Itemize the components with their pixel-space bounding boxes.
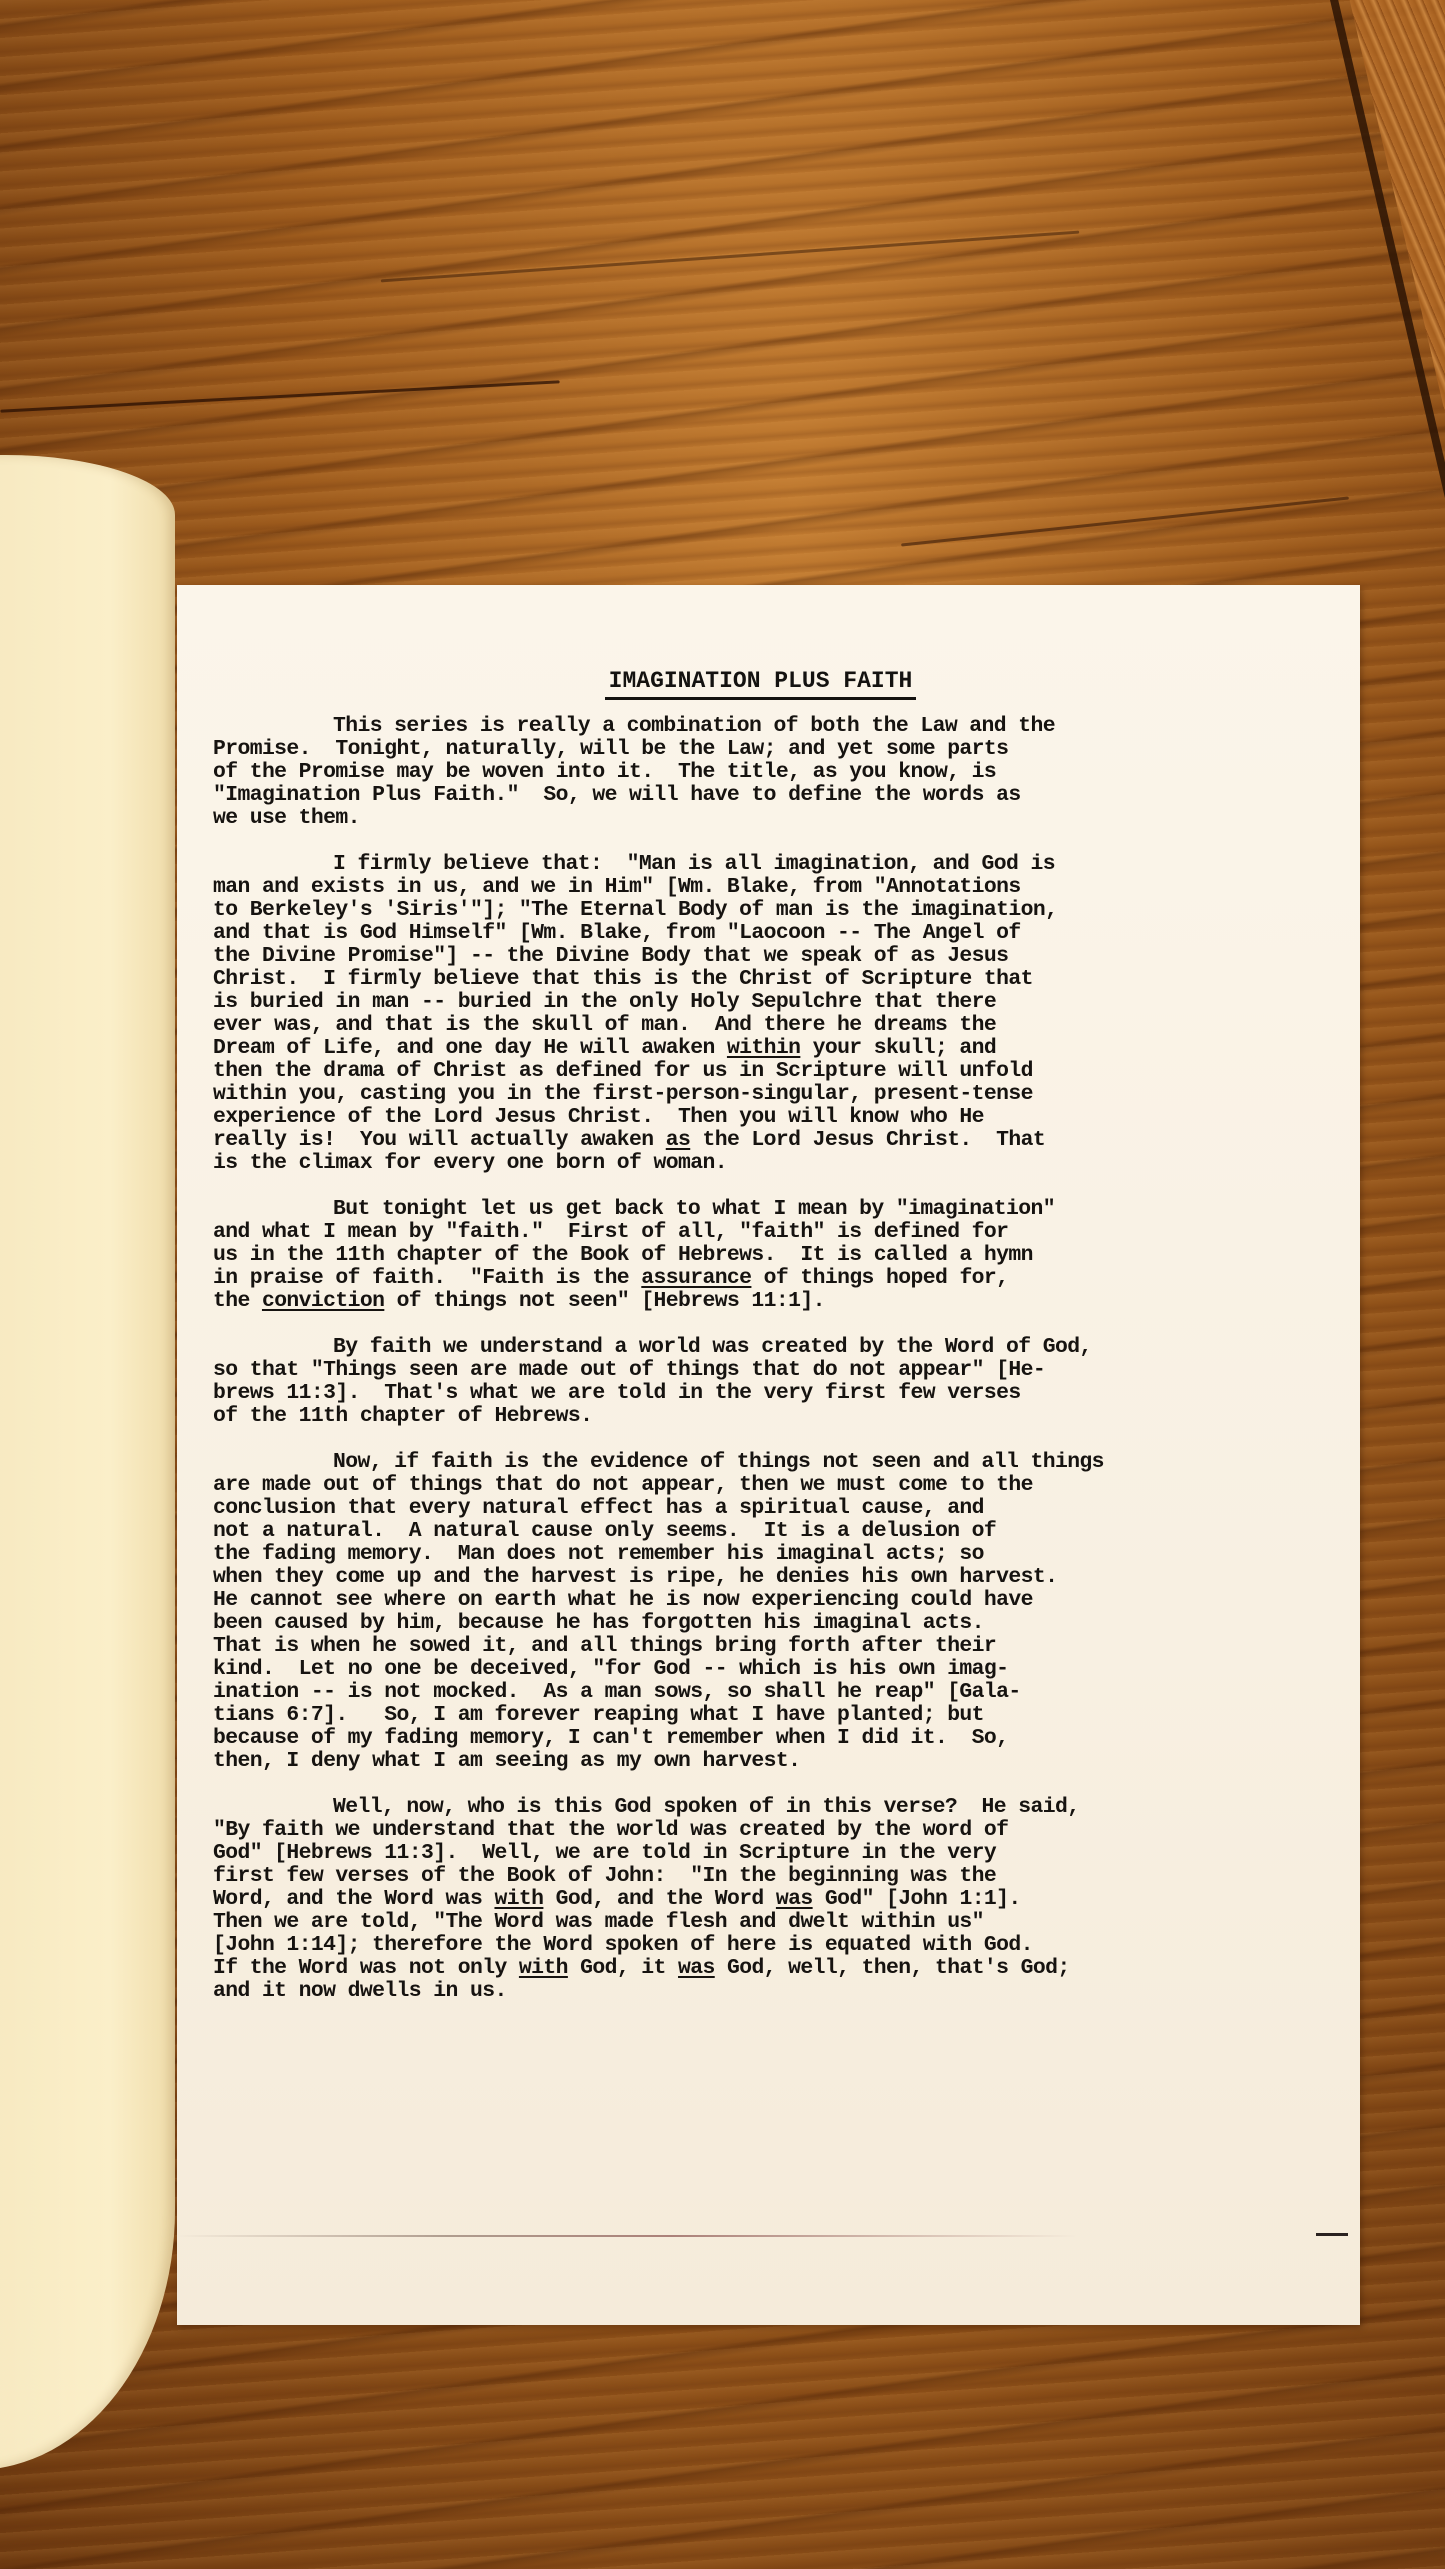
text-line: This series is really a combination of b… bbox=[213, 715, 1363, 738]
text-line: to Berkeley's 'Siris'"]; "The Eternal Bo… bbox=[213, 899, 1363, 922]
document-page: IMAGINATION PLUS FAITH This series is re… bbox=[177, 585, 1360, 2325]
text-line: in praise of faith. "Faith is the assura… bbox=[213, 1267, 1363, 1290]
text-line: and that is God Himself" [Wm. Blake, fro… bbox=[213, 922, 1363, 945]
page-bottom-smudge bbox=[177, 2235, 1077, 2237]
text-line: man and exists in us, and we in Him" [Wm… bbox=[213, 876, 1363, 899]
text-line: within you, casting you in the first-per… bbox=[213, 1083, 1363, 1106]
page-bottom-tick bbox=[1316, 2233, 1348, 2236]
text-line: the fading memory. Man does not remember… bbox=[213, 1543, 1363, 1566]
text-line: we use them. bbox=[213, 807, 1363, 830]
text-line: is the climax for every one born of woma… bbox=[213, 1152, 1363, 1175]
text-line: then, I deny what I am seeing as my own … bbox=[213, 1750, 1363, 1773]
underlined-word: as bbox=[666, 1128, 690, 1152]
wood-grain-line bbox=[381, 231, 1080, 283]
underlined-word: conviction bbox=[262, 1289, 384, 1313]
underlined-word: within bbox=[727, 1036, 800, 1060]
paragraph: Well, now, who is this God spoken of in … bbox=[213, 1796, 1363, 2003]
text-line: and it now dwells in us. bbox=[213, 1980, 1363, 2003]
text-line: really is! You will actually awaken as t… bbox=[213, 1129, 1363, 1152]
text-line: and what I mean by "faith." First of all… bbox=[213, 1221, 1363, 1244]
document-body: This series is really a combination of b… bbox=[213, 715, 1363, 2026]
text-line: first few verses of the Book of John: "I… bbox=[213, 1865, 1363, 1888]
underlined-word: assurance bbox=[641, 1266, 751, 1290]
text-line: Christ. I firmly believe that this is th… bbox=[213, 968, 1363, 991]
text-line: Dream of Life, and one day He will awake… bbox=[213, 1037, 1363, 1060]
text-line: when they come up and the harvest is rip… bbox=[213, 1566, 1363, 1589]
text-line: [John 1:14]; therefore the Word spoken o… bbox=[213, 1934, 1363, 1957]
title-text: IMAGINATION PLUS FAITH bbox=[605, 668, 917, 700]
text-line: us in the 11th chapter of the Book of He… bbox=[213, 1244, 1363, 1267]
text-line: By faith we understand a world was creat… bbox=[213, 1336, 1363, 1359]
text-line: been caused by him, because he has forgo… bbox=[213, 1612, 1363, 1635]
text-line: of the Promise may be woven into it. The… bbox=[213, 761, 1363, 784]
text-line: tians 6:7]. So, I am forever reaping wha… bbox=[213, 1704, 1363, 1727]
text-line: experience of the Lord Jesus Christ. The… bbox=[213, 1106, 1363, 1129]
text-line: because of my fading memory, I can't rem… bbox=[213, 1727, 1363, 1750]
text-line: I firmly believe that: "Man is all imagi… bbox=[213, 853, 1363, 876]
text-line: the Divine Promise"] -- the Divine Body … bbox=[213, 945, 1363, 968]
text-line: conclusion that every natural effect has… bbox=[213, 1497, 1363, 1520]
page-title: IMAGINATION PLUS FAITH bbox=[169, 668, 1352, 700]
underlined-word: with bbox=[519, 1956, 568, 1980]
text-line: God" [Hebrews 11:3]. Well, we are told i… bbox=[213, 1842, 1363, 1865]
text-line: Then we are told, "The Word was made fle… bbox=[213, 1911, 1363, 1934]
wood-grain-line bbox=[901, 496, 1349, 546]
text-line: are made out of things that do not appea… bbox=[213, 1474, 1363, 1497]
paragraph: Now, if faith is the evidence of things … bbox=[213, 1451, 1363, 1773]
text-line: Promise. Tonight, naturally, will be the… bbox=[213, 738, 1363, 761]
underlined-word: was bbox=[776, 1887, 813, 1911]
text-line: is buried in man -- buried in the only H… bbox=[213, 991, 1363, 1014]
text-line: That is when he sowed it, and all things… bbox=[213, 1635, 1363, 1658]
text-line: "By faith we understand that the world w… bbox=[213, 1819, 1363, 1842]
paragraph: By faith we understand a world was creat… bbox=[213, 1336, 1363, 1428]
text-line: Word, and the Word was with God, and the… bbox=[213, 1888, 1363, 1911]
text-line: ever was, and that is the skull of man. … bbox=[213, 1014, 1363, 1037]
text-line: brews 11:3]. That's what we are told in … bbox=[213, 1382, 1363, 1405]
text-line: ination -- is not mocked. As a man sows,… bbox=[213, 1681, 1363, 1704]
wood-grain-line bbox=[0, 380, 559, 412]
text-line: If the Word was not only with God, it wa… bbox=[213, 1957, 1363, 1980]
text-line: kind. Let no one be deceived, "for God -… bbox=[213, 1658, 1363, 1681]
text-line: Now, if faith is the evidence of things … bbox=[213, 1451, 1363, 1474]
text-line: so that "Things seen are made out of thi… bbox=[213, 1359, 1363, 1382]
text-line: the conviction of things not seen" [Hebr… bbox=[213, 1290, 1363, 1313]
text-line: Well, now, who is this God spoken of in … bbox=[213, 1796, 1363, 1819]
text-line: He cannot see where on earth what he is … bbox=[213, 1589, 1363, 1612]
text-line: not a natural. A natural cause only seem… bbox=[213, 1520, 1363, 1543]
text-line: of the 11th chapter of Hebrews. bbox=[213, 1405, 1363, 1428]
text-line: But tonight let us get back to what I me… bbox=[213, 1198, 1363, 1221]
paragraph: This series is really a combination of b… bbox=[213, 715, 1363, 830]
underlined-word: with bbox=[494, 1887, 543, 1911]
paragraph: I firmly believe that: "Man is all imagi… bbox=[213, 853, 1363, 1175]
left-book-page bbox=[0, 455, 175, 2470]
text-line: "Imagination Plus Faith." So, we will ha… bbox=[213, 784, 1363, 807]
paragraph: But tonight let us get back to what I me… bbox=[213, 1198, 1363, 1313]
text-line: then the drama of Christ as defined for … bbox=[213, 1060, 1363, 1083]
underlined-word: was bbox=[678, 1956, 715, 1980]
